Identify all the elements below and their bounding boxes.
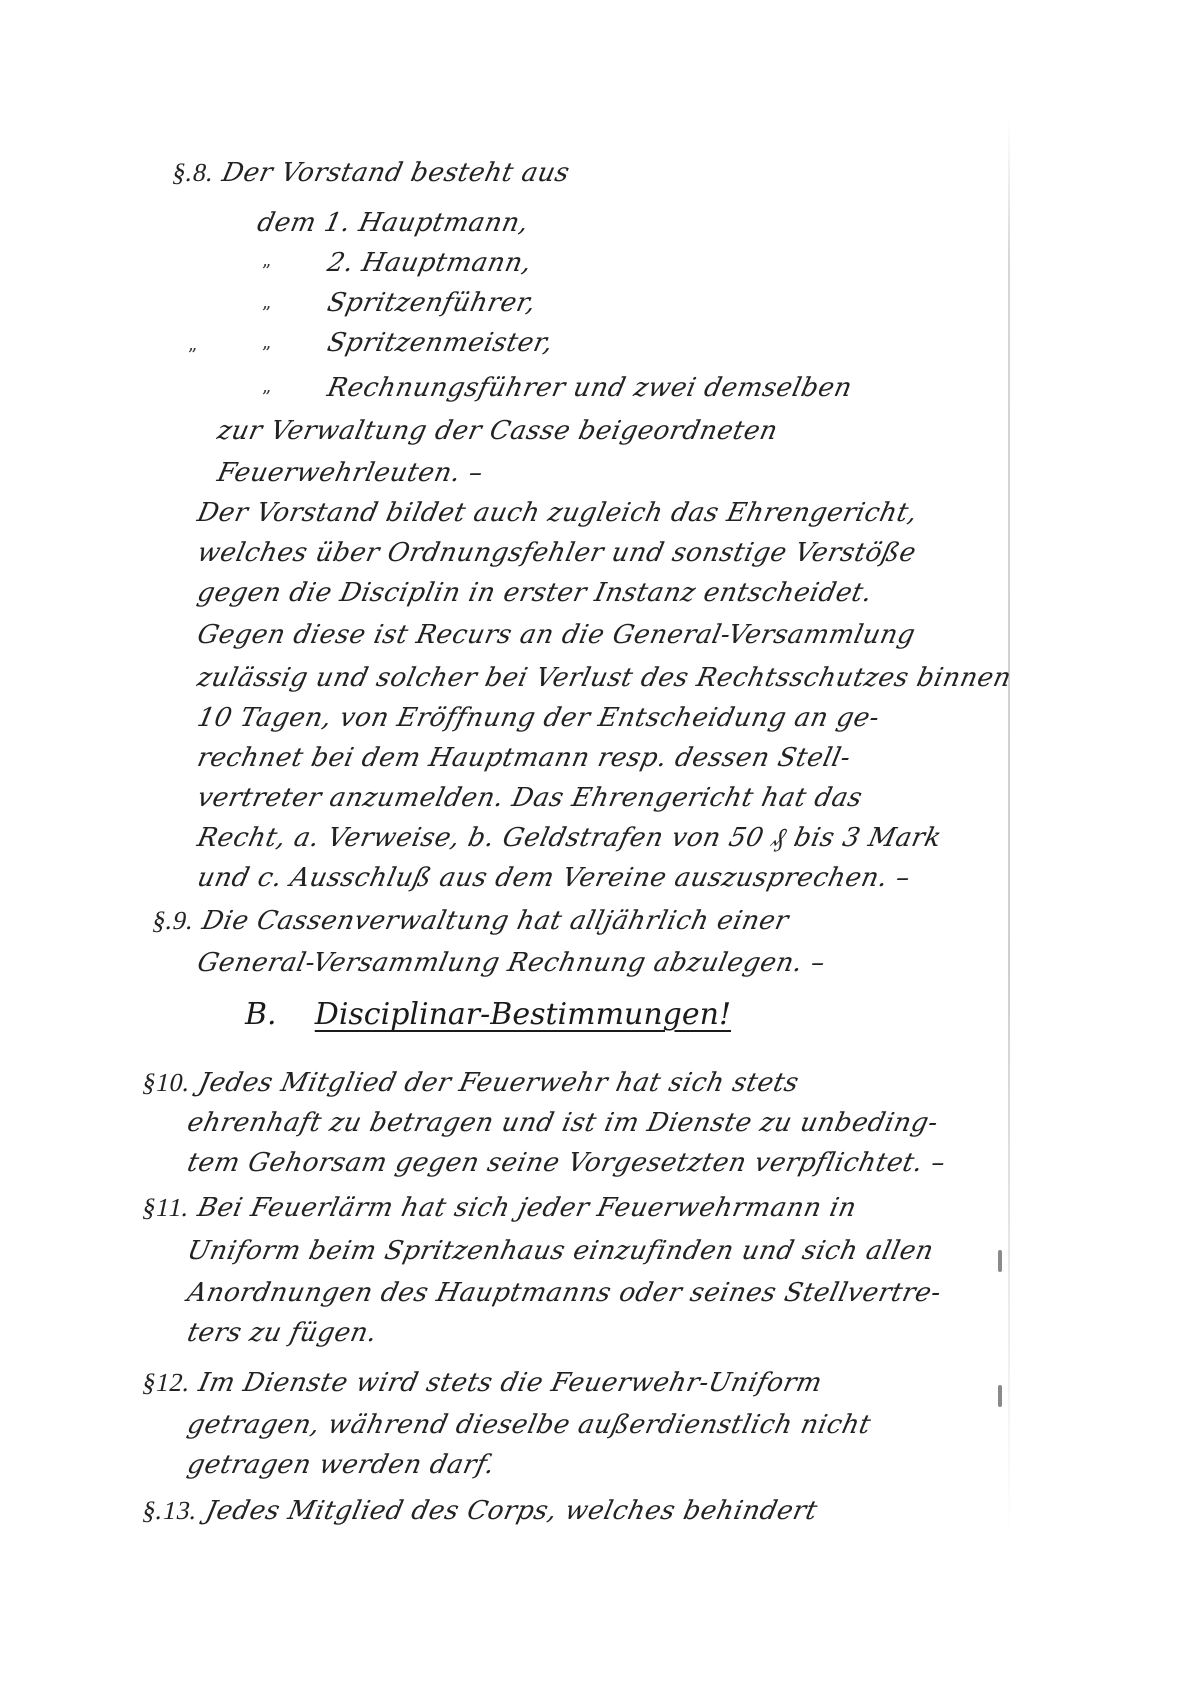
paragraph-start-line: §12. Im Dienste wird stets die Feuerwehr… — [140, 1370, 824, 1396]
ditto-mark: „ — [188, 334, 197, 355]
paragraph-start-line: §10. Jedes Mitglied der Feuerwehr hat si… — [140, 1070, 801, 1096]
text-line: und c. Ausschluß aus dem Vereine auszusp… — [195, 865, 913, 891]
text-line: dem 1. Hauptmann, — [255, 210, 531, 236]
line-text: Die Cassenverwaltung hat alljährlich ein… — [199, 906, 791, 936]
line-text: Spritzenführer, — [325, 288, 539, 318]
line-text: Im Dienste wird stets die Feuerwehr-Unif… — [196, 1368, 825, 1398]
line-text: Feuerwehrleuten. – — [215, 458, 486, 488]
text-line: Rechnungsführer und zwei demselben — [325, 375, 854, 401]
text-line: 2. Hauptmann, — [325, 250, 534, 276]
line-text: zur Verwaltung der Casse beigeordneten — [215, 416, 781, 446]
ditto-mark: „ — [262, 292, 271, 313]
text-line: getragen werden darf. — [185, 1452, 497, 1478]
line-text: Jedes Mitglied der Feuerwehr hat sich st… — [196, 1068, 802, 1098]
section-heading: B. Disciplinar-Bestimmungen! — [245, 1000, 731, 1030]
paragraph-start-line: §.13. Jedes Mitglied des Corps, welches … — [140, 1498, 820, 1524]
paragraph-start-line: §.8. Der Vorstand besteht aus — [170, 160, 572, 186]
text-line: ters zu fügen. — [185, 1320, 380, 1346]
line-text: Spritzenmeister, — [325, 328, 556, 358]
line-text: ehrenhaft zu betragen und ist im Dienste… — [185, 1108, 941, 1138]
section-number: §11. — [140, 1193, 193, 1222]
line-text: Recht, a. Verweise, b. Geldstrafen von 5… — [195, 823, 945, 853]
text-line: welches über Ordnungsfehler und sonstige… — [195, 540, 918, 566]
text-line: rechnet bei dem Hauptmann resp. dessen S… — [195, 745, 853, 771]
section-number: §.9. — [150, 906, 197, 935]
line-text: Der Vorstand besteht aus — [219, 158, 572, 188]
section-number: §.8. — [170, 158, 217, 187]
text-line: zulässig und solcher bei Verlust des Rec… — [195, 665, 1014, 691]
ditto-mark: „ — [262, 376, 271, 397]
line-text: Anordnungen des Hauptmanns oder seines S… — [185, 1278, 944, 1308]
ditto-mark: „ — [262, 250, 271, 271]
paragraph-start-line: §.9. Die Cassenverwaltung hat alljährlic… — [150, 908, 791, 934]
line-text: welches über Ordnungsfehler und sonstige… — [195, 538, 919, 568]
text-line: General-Versammlung Rechnung abzulegen. … — [195, 950, 828, 976]
line-text: General-Versammlung Rechnung abzulegen. … — [195, 948, 828, 978]
text-line: Spritzenmeister, — [325, 330, 555, 356]
line-text: Uniform beim Spritzenhaus einzufinden un… — [185, 1236, 937, 1266]
section-number: §.13. — [140, 1496, 201, 1525]
line-text: ters zu fügen. — [185, 1318, 380, 1348]
section-number: §12. — [140, 1368, 194, 1397]
paragraph-start-line: §11. Bei Feuerlärm hat sich jeder Feuerw… — [140, 1195, 859, 1221]
line-text: Jedes Mitglied des Corps, welches behind… — [203, 1496, 820, 1526]
line-text: getragen, während dieselbe außerdienstli… — [185, 1410, 874, 1440]
text-line: gegen die Disciplin in erster Instanz en… — [195, 580, 875, 606]
line-text: 2. Hauptmann, — [325, 248, 535, 278]
text-line: Uniform beim Spritzenhaus einzufinden un… — [185, 1238, 936, 1264]
line-text: rechnet bei dem Hauptmann resp. dessen S… — [195, 743, 854, 773]
line-text: gegen die Disciplin in erster Instanz en… — [195, 578, 875, 608]
text-line: vertreter anzumelden. Das Ehrengericht h… — [195, 785, 865, 811]
line-text: und c. Ausschluß aus dem Vereine auszusp… — [195, 863, 913, 893]
text-line: Gegen diese ist Recurs an die General-Ve… — [195, 622, 918, 648]
line-text: dem 1. Hauptmann, — [255, 208, 532, 238]
line-text: zulässig und solcher bei Verlust des Rec… — [195, 663, 1014, 693]
line-text: Bei Feuerlärm hat sich jeder Feuerwehrma… — [195, 1193, 859, 1223]
text-line: 10 Tagen, von Eröffnung der Entscheidung… — [195, 705, 882, 731]
line-text: getragen werden darf. — [185, 1450, 498, 1480]
ditto-mark: „ — [262, 332, 271, 353]
heading-title: Disciplinar-Bestimmungen! — [315, 997, 731, 1032]
edge-mark — [998, 1250, 1002, 1272]
text-line: zur Verwaltung der Casse beigeordneten — [215, 418, 780, 444]
heading-letter: B. — [245, 997, 277, 1032]
line-text: 10 Tagen, von Eröffnung der Entscheidung… — [195, 703, 883, 733]
text-line: tem Gehorsam gegen seine Vorgesetzten ve… — [185, 1150, 948, 1176]
line-text: vertreter anzumelden. Das Ehrengericht h… — [195, 783, 866, 813]
text-line: Anordnungen des Hauptmanns oder seines S… — [185, 1280, 943, 1306]
text-line: Feuerwehrleuten. – — [215, 460, 485, 486]
text-line: ehrenhaft zu betragen und ist im Dienste… — [185, 1110, 941, 1136]
line-text: Der Vorstand bildet auch zugleich das Eh… — [195, 498, 921, 528]
text-line: Spritzenführer, — [325, 290, 538, 316]
text-line: Der Vorstand bildet auch zugleich das Eh… — [195, 500, 920, 526]
page-edge-line — [1008, 120, 1010, 1540]
document-page: §.8. Der Vorstand besteht ausdem 1. Haup… — [0, 0, 1190, 1683]
edge-mark — [998, 1385, 1002, 1407]
line-text: Rechnungsführer und zwei demselben — [325, 373, 855, 403]
section-number: §10. — [140, 1068, 194, 1097]
line-text: Gegen diese ist Recurs an die General-Ve… — [195, 620, 918, 650]
text-line: Recht, a. Verweise, b. Geldstrafen von 5… — [195, 825, 944, 851]
line-text: tem Gehorsam gegen seine Vorgesetzten ve… — [185, 1148, 949, 1178]
text-line: getragen, während dieselbe außerdienstli… — [185, 1412, 873, 1438]
